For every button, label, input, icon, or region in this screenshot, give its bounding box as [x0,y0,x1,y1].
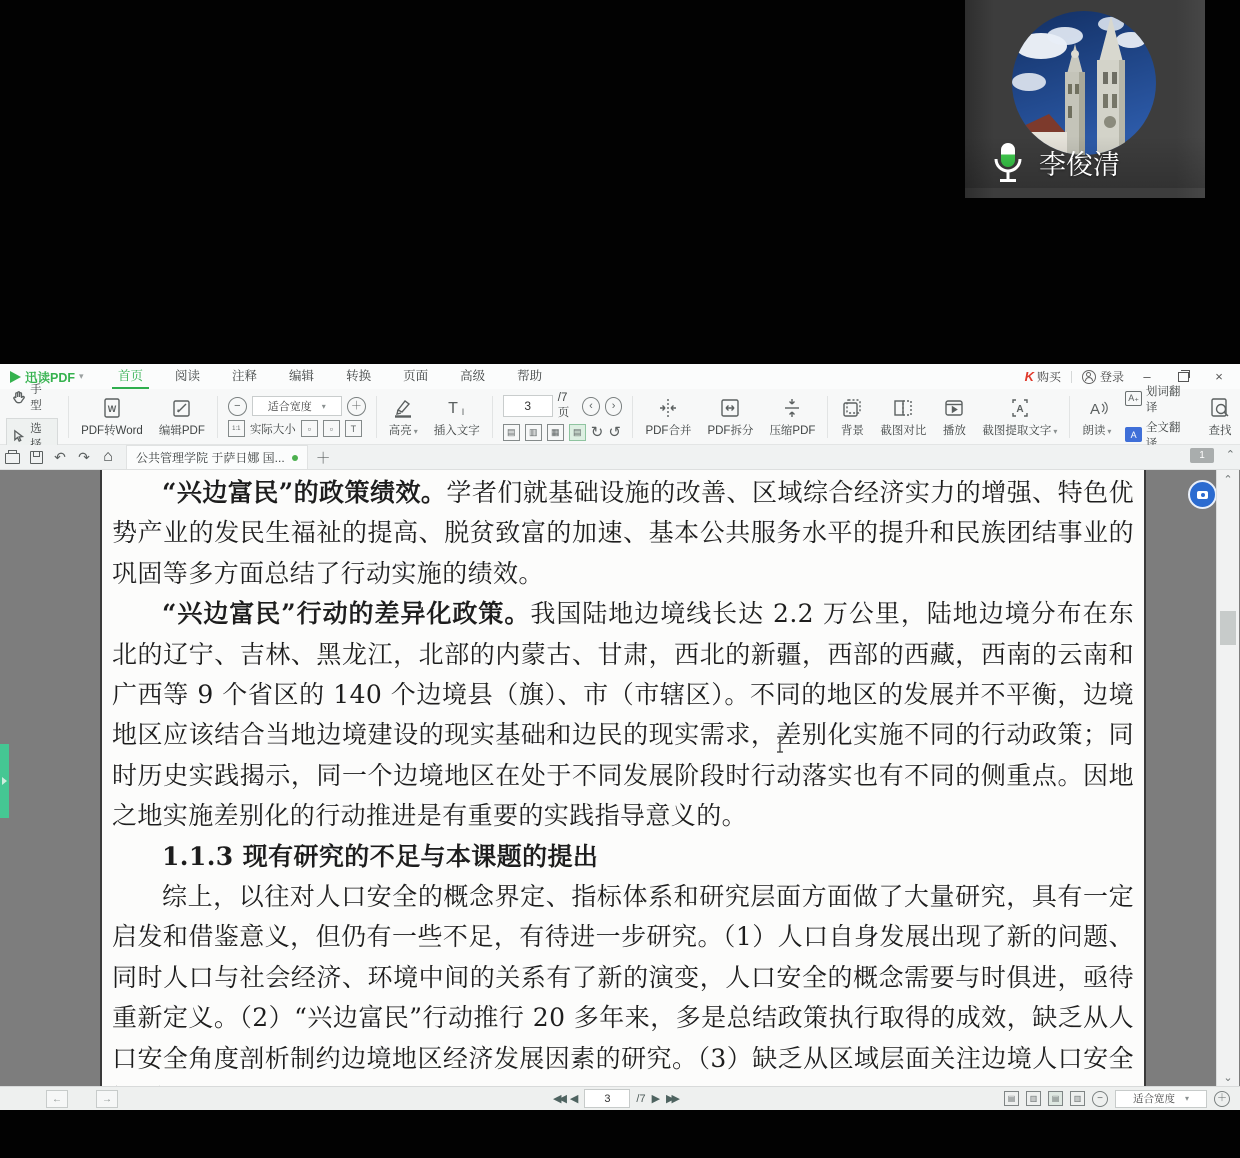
undo-icon: ↶ [54,449,66,466]
view-forward-button[interactable]: → [96,1090,118,1108]
edit-pdf-button[interactable]: 编辑PDF [151,396,213,438]
avatar [1011,10,1157,156]
highlight-button[interactable]: 高亮▾ [381,396,426,438]
fit-width-dropdown[interactable]: 适合宽度 ▾ [252,396,342,416]
pdf-app-window: 迅读PDF ▾ 首页 阅读 注释 编辑 转换 页面 高级 帮助 K 购买 登录 [0,364,1240,1105]
zoom-in-icon[interactable]: ＋ [1214,1091,1230,1107]
cursor-arrow-icon [12,429,25,443]
vip-icon: K [1025,369,1034,384]
compress-icon [780,396,804,420]
restore-icon [1178,372,1189,382]
microphone-icon [991,141,1025,183]
section-heading: 1.1.3 现有研究的不足与本课题的提出 [112,837,1134,877]
play-button[interactable]: 播放 [934,396,974,438]
last-page-icon[interactable]: ▶▶ [666,1092,677,1105]
person-icon [1082,370,1096,384]
two-page-view-icon[interactable]: ▥ [525,424,542,441]
scroll-up-icon[interactable]: ⌃ [1217,470,1239,488]
quick-access-row: ↶ ↷ ⌂ 公共管理学院 于萨日娜 国... ＋ 1 ⌃ [0,445,1240,470]
search-icon [1208,396,1232,420]
previous-page-icon[interactable]: ◀ [570,1092,578,1105]
page-number-input[interactable] [503,395,553,417]
document-tab[interactable]: 公共管理学院 于萨日娜 国... [126,445,308,469]
svg-text:A: A [1090,401,1100,418]
paragraph: 综上，以往对人口安全的概念界定、指标体系和研究层面方面做了大量研究，具有一定启发… [112,877,1134,1086]
menu-tab-help[interactable]: 帮助 [501,364,558,389]
edit-pencil-icon [170,396,194,420]
menu-tab-home[interactable]: 首页 [102,364,159,389]
chevron-down-icon: ▾ [322,402,326,411]
save-icon [30,451,43,464]
next-page-icon[interactable]: ▶ [652,1092,660,1105]
view-back-button[interactable]: ← [46,1090,68,1108]
next-page-icon[interactable]: › [605,397,623,416]
zoom-in-icon[interactable]: ＋ [347,397,366,416]
menu-bar: 迅读PDF ▾ 首页 阅读 注释 编辑 转换 页面 高级 帮助 K 购买 登录 [0,364,1240,389]
chevron-down-icon: ▾ [414,427,418,436]
word-translate-icon: A₊ [1125,391,1141,406]
svg-text:A: A [1016,404,1023,415]
pdf-to-word-button[interactable]: W PDF转Word [73,396,151,438]
two-page-mode-icon[interactable]: ▥ [1026,1091,1041,1106]
background-layers-icon [840,396,864,420]
zoom-out-icon[interactable]: − [1092,1091,1108,1107]
hand-icon [12,390,25,404]
svg-text:W: W [108,404,117,414]
hand-tool-button[interactable]: 手型 [6,379,58,415]
statusbar-page-input[interactable] [584,1089,630,1108]
camera-icon [1197,491,1208,499]
single-page-mode-icon[interactable]: ▤ [1004,1091,1019,1106]
compress-pdf-button[interactable]: 压缩PDF [761,396,823,438]
grid-view-icon[interactable]: ▦ [547,424,564,441]
save-button[interactable] [24,447,48,467]
printer-icon [5,453,20,464]
chevron-down-icon: ▾ [1107,427,1111,436]
undo-button[interactable]: ↶ [48,447,72,467]
first-page-icon[interactable]: ◀◀ [553,1092,564,1105]
pdf-split-button[interactable]: PDF拆分 [699,396,761,438]
fit-page-icon[interactable]: ▫ [301,420,318,437]
chevron-down-icon: ▾ [1185,1094,1189,1103]
text-size-icon[interactable]: T [345,420,362,437]
pdf-page[interactable]: “兴边富民”的政策绩效。学者们就基础设施的改善、区域综合经济实力的增强、特色优势… [100,470,1146,1086]
merge-icon [656,396,680,420]
menu-tab-page[interactable]: 页面 [387,364,444,389]
toolbar: 手型 选择 W PDF转Word [0,389,1240,445]
document-area: “兴边富民”的政策绩效。学者们就基础设施的改善、区域综合经济实力的增强、特色优势… [0,470,1240,1086]
menu-tab-annotate[interactable]: 注释 [216,364,273,389]
divider [1071,371,1072,383]
home-icon: ⌂ [103,448,113,466]
screenshot-compare-button[interactable]: 截图对比 [872,396,934,438]
compare-panes-icon [891,396,915,420]
menu-tab-advanced[interactable]: 高级 [444,364,501,389]
read-aloud-icon: A [1085,396,1109,420]
pdf-merge-button[interactable]: PDF合并 [637,396,699,438]
notification-badge[interactable]: 1 [1190,448,1214,463]
insert-text-button[interactable]: T I 插入文字 [426,396,488,438]
vertical-scrollbar[interactable]: ⌃ ⌄ [1216,470,1239,1086]
word-translate-button[interactable]: A₊ 划词翻译 [1125,383,1190,415]
close-button[interactable]: × [1206,367,1232,387]
background-button[interactable]: 背景 [832,396,872,438]
text-insert-icon: T I [445,396,469,420]
menu-tab-edit[interactable]: 编辑 [273,364,330,389]
play-icon [942,396,966,420]
find-button[interactable]: 查找 [1200,396,1240,438]
document-tab-title: 公共管理学院 于萨日娜 国... [136,449,285,466]
fulltext-translate-icon: A [1125,427,1141,442]
ocr-brackets-icon: A [1008,396,1032,420]
cathedral-avatar-image [1011,10,1157,156]
continuous-view-icon[interactable]: ▤ [569,424,586,441]
scrollbar-thumb[interactable] [1220,611,1236,645]
video-participant-tile[interactable]: 李俊清 [965,0,1205,198]
page-total: /7 [636,1093,645,1105]
scroll-down-icon[interactable]: ⌄ [1217,1068,1239,1086]
home-button[interactable]: ⌂ [96,447,120,467]
print-button[interactable] [0,447,24,467]
redo-button[interactable]: ↷ [72,447,96,467]
paragraph: “兴边富民”的政策绩效。学者们就基础设施的改善、区域综合经济实力的增强、特色优势… [112,473,1134,594]
svg-text:I: I [462,407,465,417]
collapse-toolbar-icon[interactable]: ⌃ [1226,448,1235,461]
sidebar-expand-handle[interactable] [0,744,9,818]
floating-tool-button[interactable] [1188,480,1217,509]
paragraph: “兴边富民”行动的差异化政策。我国陆地边境线长达 2.2 万公里，陆地边境分布在… [112,594,1134,836]
chevron-down-icon: ▾ [1053,427,1057,436]
fit-visible-icon[interactable]: ▫ [323,420,340,437]
participant-name-bar: 李俊清 [965,136,1205,188]
participant-name: 李俊清 [1039,143,1120,182]
statusbar-fit-dropdown[interactable]: 适合宽度 ▾ [1115,1090,1207,1108]
screenshot-ocr-button[interactable]: A 截图提取文字▾ [974,396,1065,438]
login-button[interactable]: 登录 [1082,368,1124,385]
chevron-down-icon: ▾ [79,371,84,382]
read-aloud-button[interactable]: A 朗读▾ [1074,396,1119,438]
zoom-out-icon[interactable]: − [228,397,247,416]
saved-status-dot [292,455,298,461]
highlighter-icon [391,396,415,420]
screen: 李俊清 迅读PDF ▾ 首页 阅读 注释 编辑 转换 页面 高级 帮助 K 购买 [0,0,1240,1158]
status-bar: ← → ◀◀ ◀ /7 ▶ ▶▶ ▤ ▥ ▤ ▥ − 适合宽度 ▾ ＋ [0,1086,1240,1110]
buy-vip-button[interactable]: K 购买 [1025,368,1061,385]
book-mode-icon[interactable]: ▥ [1070,1091,1085,1106]
rotate-clockwise-icon[interactable]: ↻ [591,425,604,440]
redo-icon: ↷ [78,449,90,466]
text-cursor [775,736,785,753]
menu-tab-read[interactable]: 阅读 [159,364,216,389]
actual-size-icon[interactable]: 1:1 [228,420,245,437]
continuous-mode-icon[interactable]: ▤ [1048,1091,1063,1106]
menu-tab-convert[interactable]: 转换 [330,364,387,389]
rotate-counterclockwise-icon[interactable]: ↺ [608,425,621,440]
new-tab-button[interactable]: ＋ [316,447,331,468]
page-text: “兴边富民”的政策绩效。学者们就基础设施的改善、区域综合经济实力的增强、特色优势… [112,470,1134,1086]
previous-page-icon[interactable]: ‹ [582,397,600,416]
svg-text:T: T [448,400,458,417]
split-icon [718,396,742,420]
single-page-view-icon[interactable]: ▤ [503,424,520,441]
word-document-icon: W [100,396,124,420]
